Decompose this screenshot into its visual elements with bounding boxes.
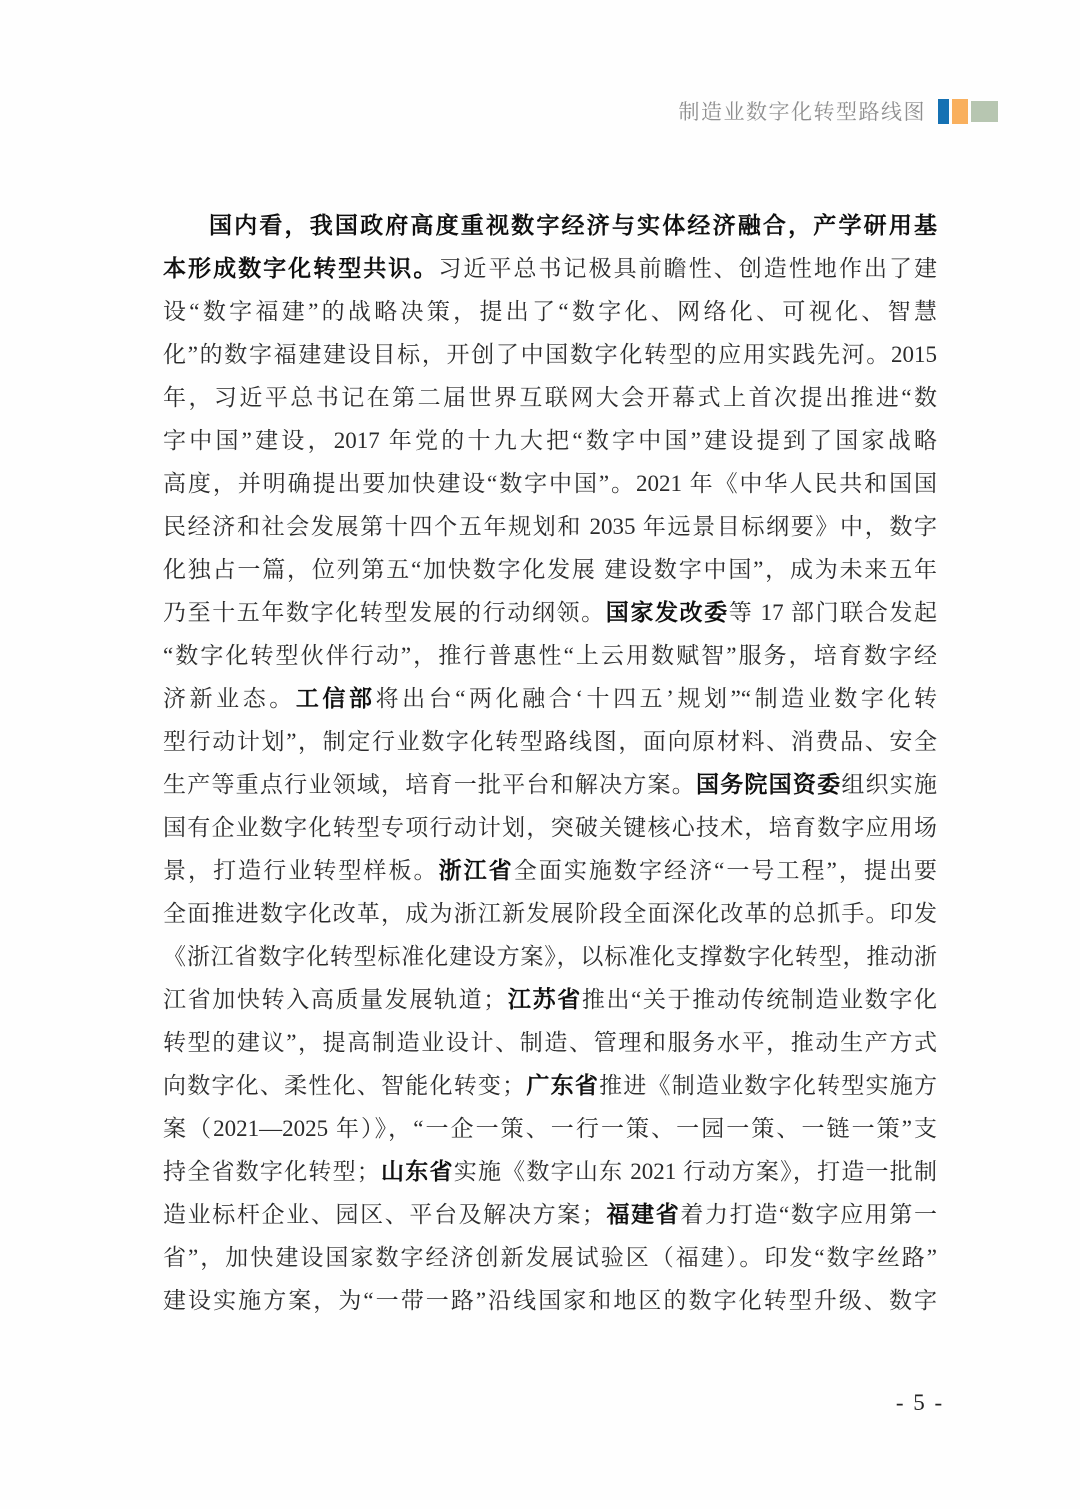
text-segment: 组织实施	[841, 772, 937, 797]
text-segment: 习近平总书记极具前瞻性、创造性地作出了建	[438, 256, 937, 281]
text-line: 国有企业数字化转型专项行动计划，突破关键核心技术，培育数字应用场	[163, 806, 937, 849]
text-line: 化”的数字福建建设目标，开创了中国数字化转型的应用实践先河。2015	[163, 333, 937, 376]
text-segment: 江省加快转入高质量发展轨道；	[163, 987, 506, 1012]
text-segment: 将出台“两化融合‘十四五’规划”“制造业数字化转	[376, 686, 937, 711]
body-paragraph: 国内看，我国政府高度重视数字经济与实体经济融合，产学研用基本形成数字化转型共识。…	[163, 204, 937, 1322]
text-segment: 向数字化、柔性化、智能化转变；	[163, 1073, 525, 1098]
blue-square	[938, 99, 949, 124]
text-line: “数字化转型伙伴行动”，推行普惠性“上云用数赋智”服务，培育数字经	[163, 634, 937, 677]
text-segment: 字中国”建设，2017 年党的十九大把“数字中国”建设提到了国家战略	[163, 428, 937, 453]
text-segment: 案（2021—2025 年）》，“一企一策、一行一策、一园一策、一链一策”支	[163, 1116, 937, 1141]
text-segment: 实施《数字山东 2021 行动方案》，打造一批制	[454, 1159, 937, 1184]
text-line: 型行动计划”，制定行业数字化转型路线图，面向原材料、消费品、安全	[163, 720, 937, 763]
running-header-title: 制造业数字化转型路线图	[679, 96, 927, 126]
text-line: 高度，并明确提出要加快建设“数字中国”。2021 年《中华人民共和国国	[163, 462, 937, 505]
text-line: 生产等重点行业领域，培育一批平台和解决方案。国务院国资委组织实施	[163, 763, 937, 806]
bold-text-segment: 江苏省	[506, 986, 582, 1012]
bold-text-segment: 国务院国资委	[696, 771, 841, 797]
text-line: 字中国”建设，2017 年党的十九大把“数字中国”建设提到了国家战略	[163, 419, 937, 462]
page-number: - 5 -	[860, 1390, 980, 1416]
text-line: 景，打造行业转型样板。浙江省全面实施数字经济“一号工程”，提出要	[163, 849, 937, 892]
bold-text-segment: 国家发改委	[606, 599, 729, 625]
text-line: 本形成数字化转型共识。习近平总书记极具前瞻性、创造性地作出了建	[163, 247, 937, 290]
header-marker-squares	[935, 99, 998, 124]
text-segment: 持全省数字化转型；	[163, 1159, 380, 1184]
running-header: 制造业数字化转型路线图	[679, 96, 999, 126]
text-segment: 化”的数字福建建设目标，开创了中国数字化转型的应用实践先河。2015	[163, 342, 937, 367]
text-line: 年，习近平总书记在第二届世界互联网大会开幕式上首次提出推进“数	[163, 376, 937, 419]
text-line: 乃至十五年数字化转型发展的行动纲领。国家发改委等 17 部门联合发起	[163, 591, 937, 634]
text-segment: 国有企业数字化转型专项行动计划，突破关键核心技术，培育数字应用场	[163, 815, 937, 840]
document-page: 制造业数字化转型路线图 国内看，我国政府高度重视数字经济与实体经济融合，产学研用…	[0, 0, 1080, 1509]
text-line: 造业标杆企业、园区、平台及解决方案；福建省着力打造“数字应用第一	[163, 1193, 937, 1236]
text-line: 转型的建议”，提高制造业设计、制造、管理和服务水平，推动生产方式	[163, 1021, 937, 1064]
text-segment: 型行动计划”，制定行业数字化转型路线图，面向原材料、消费品、安全	[163, 729, 937, 754]
text-line: 《浙江省数字化转型标准化建设方案》，以标准化支撑数字化转型，推动浙	[163, 935, 937, 978]
text-line: 持全省数字化转型；山东省实施《数字山东 2021 行动方案》，打造一批制	[163, 1150, 937, 1193]
bold-text-segment: 山东省	[380, 1158, 454, 1184]
text-line: 民经济和社会发展第十四个五年规划和 2035 年远景目标纲要》中，数字	[163, 505, 937, 548]
text-segment: 建设实施方案，为“一带一路”沿线国家和地区的数字化转型升级、数字	[163, 1288, 937, 1313]
text-segment: 生产等重点行业领域，培育一批平台和解决方案。	[163, 772, 696, 797]
text-segment: 设“数字福建”的战略决策，提出了“数字化、网络化、可视化、智慧	[163, 299, 937, 324]
text-line: 建设实施方案，为“一带一路”沿线国家和地区的数字化转型升级、数字	[163, 1279, 937, 1322]
text-segment: 省”，加快建设国家数字经济创新发展试验区（福建）。印发“数字丝路”	[163, 1245, 937, 1270]
text-segment: 济新业态。	[163, 686, 296, 711]
text-segment: 全面推进数字化改革，成为浙江新发展阶段全面深化改革的总抓手。印发	[163, 901, 937, 926]
text-segment: 推出“关于推动传统制造业数字化	[582, 987, 937, 1012]
text-segment: 乃至十五年数字化转型发展的行动纲领。	[163, 600, 606, 625]
text-segment: 景，打造行业转型样板。	[163, 858, 439, 883]
text-segment: 转型的建议”，提高制造业设计、制造、管理和服务水平，推动生产方式	[163, 1030, 937, 1055]
text-line: 设“数字福建”的战略决策，提出了“数字化、网络化、可视化、智慧	[163, 290, 937, 333]
text-segment: 民经济和社会发展第十四个五年规划和 2035 年远景目标纲要》中，数字	[163, 514, 937, 539]
bold-text-segment: 工信部	[296, 685, 376, 711]
text-segment: 年，习近平总书记在第二届世界互联网大会开幕式上首次提出推进“数	[163, 385, 937, 410]
text-segment: 推进《制造业数字化转型实施方	[599, 1073, 937, 1098]
bold-text-segment: 本形成数字化转型共识。	[163, 255, 438, 281]
bold-text-segment: 福建省	[605, 1201, 681, 1227]
text-segment: 全面实施数字经济“一号工程”，提出要	[514, 858, 937, 883]
bold-text-segment: 国内看，我国政府高度重视数字经济与实体经济融合，产学研用基	[209, 212, 937, 238]
text-line: 化独占一篇，位列第五“加快数字化发展 建设数字中国”，成为未来五年	[163, 548, 937, 591]
bold-text-segment: 浙江省	[439, 857, 514, 883]
text-line: 国内看，我国政府高度重视数字经济与实体经济融合，产学研用基	[163, 204, 937, 247]
text-line: 济新业态。工信部将出台“两化融合‘十四五’规划”“制造业数字化转	[163, 677, 937, 720]
text-line: 江省加快转入高质量发展轨道；江苏省推出“关于推动传统制造业数字化	[163, 978, 937, 1021]
text-segment: 着力打造“数字应用第一	[680, 1202, 937, 1227]
text-segment: 高度，并明确提出要加快建设“数字中国”。2021 年《中华人民共和国国	[163, 471, 937, 496]
green-square	[971, 101, 998, 122]
text-line: 向数字化、柔性化、智能化转变；广东省推进《制造业数字化转型实施方	[163, 1064, 937, 1107]
text-segment: 等 17 部门联合发起	[729, 600, 937, 625]
text-segment: 《浙江省数字化转型标准化建设方案》，以标准化支撑数字化转型，推动浙	[163, 944, 937, 969]
orange-square	[952, 99, 968, 124]
bold-text-segment: 广东省	[525, 1072, 599, 1098]
text-line: 全面推进数字化改革，成为浙江新发展阶段全面深化改革的总抓手。印发	[163, 892, 937, 935]
text-segment: 化独占一篇，位列第五“加快数字化发展 建设数字中国”，成为未来五年	[163, 557, 937, 582]
text-line: 案（2021—2025 年）》，“一企一策、一行一策、一园一策、一链一策”支	[163, 1107, 937, 1150]
text-segment: “数字化转型伙伴行动”，推行普惠性“上云用数赋智”服务，培育数字经	[163, 643, 937, 668]
text-segment: 造业标杆企业、园区、平台及解决方案；	[163, 1202, 605, 1227]
text-line: 省”，加快建设国家数字经济创新发展试验区（福建）。印发“数字丝路”	[163, 1236, 937, 1279]
